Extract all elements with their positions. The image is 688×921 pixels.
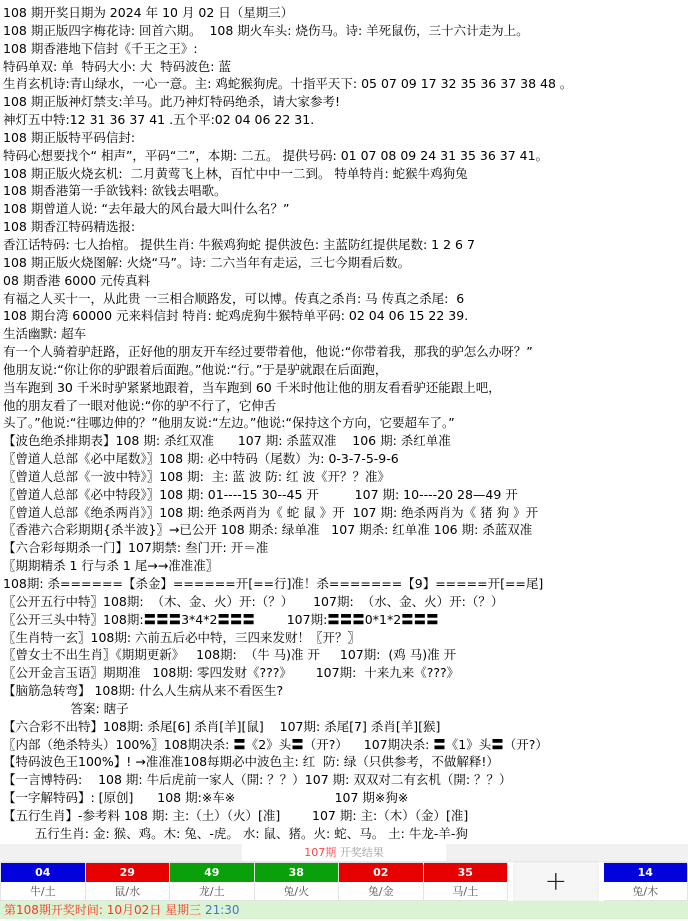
result-ball-cell: 04牛/土 — [0, 862, 86, 901]
text-line: 〖曾道人总部《必中尾数》〗108 期: 必中特码（尾数）为: 0-3-7-5-9… — [3, 450, 688, 468]
text-line: 特码单双: 单 特码大小: 大 特码波色: 蓝 — [3, 58, 688, 76]
tips-text-block: 108 期开奖日期为 2024 年 10 月 02 日（星期三）108 期正版四… — [0, 0, 688, 844]
text-line: 08 期香港 6000 元传真料 — [3, 272, 688, 290]
result-ball-cell: 49龙/土 — [170, 862, 255, 901]
text-line: 〖内部（绝杀特头）100%〗108期决杀: 〓《2》头〓（开?） 107期决杀:… — [3, 736, 688, 754]
text-line: 〖生肖特一玄〗108期: 六前五后必中特，三四来发财！〖开？〗 — [3, 629, 688, 647]
text-line: 特码心想要找个“ 相声”，平码“二”，本期: 二五。 提供号码: 01 07 0… — [3, 147, 688, 165]
text-line: 当车跑到 30 千米时驴紧紧地跟着，当车跑到 60 千米时他让他的朋友看看驴还能… — [3, 379, 688, 397]
text-line: 108 期香港地下信封《千王之王》: — [3, 40, 688, 58]
ball-zodiac-element: 龙/土 — [170, 882, 254, 901]
text-line: 〖公开五行中特〗108期: （木、金、火）开:（？） 107期: （水、金、火）… — [3, 593, 688, 611]
next-draw-time: 21:30 — [205, 903, 240, 917]
result-label: 开奖结果 — [336, 846, 384, 859]
ball-number: 04 — [1, 863, 85, 882]
ball-number: 35 — [424, 863, 508, 882]
ball-number: 29 — [86, 863, 170, 882]
ball-number: 14 — [604, 863, 688, 882]
text-line: 〖香港六合彩期期{杀半波}〗→已公开 108 期杀: 绿单准 107 期杀: 红… — [3, 521, 688, 539]
text-line: 〖公开金言玉语〗期期准 108期: 零四发财《???》 107期: 十来九来《?… — [3, 664, 688, 682]
text-line: 108 期台湾 60000 元来料信封 特肖: 蛇鸡虎狗牛猴特单平码: 02 0… — [3, 307, 688, 325]
text-line: 有一个人骑着驴赶路，正好他的朋友开车经过要带着他，他说:“你带着我，那我的驴怎么… — [3, 343, 688, 361]
ball-zodiac-element: 鼠/水 — [86, 882, 170, 901]
text-line: 108 期正版神灯禁支:羊马。此乃神灯特码绝杀，请大家参考! — [3, 93, 688, 111]
result-ball-cell: 02兔/金 — [339, 862, 424, 901]
text-line: 108 期曾道人说: “去年最大的风台最大叫什么名？” — [3, 200, 688, 218]
text-line: 108 期开奖日期为 2024 年 10 月 02 日（星期三） — [3, 4, 688, 22]
text-line: 〖公开三头中特〗108期:〓〓〓3*4*2〓〓〓 107期:〓〓〓0*1*2〓〓… — [3, 611, 688, 629]
text-line: 【一字解特码】: [原创] 108 期:※车※ 107 期※狗※ — [3, 789, 688, 807]
text-line: 〖曾道人总部《必中特段》〗108 期: 01----15 30--45 开 10… — [3, 486, 688, 504]
text-line: 108期: 杀======【杀金】======开[==行]准！杀=======【… — [3, 575, 688, 593]
result-header-tab[interactable]: 107期 开奖结果 — [242, 844, 446, 861]
text-line: 有福之人买十一，从此贵 一三相合顺路发，可以博。传真之杀肖: 马 传真之杀尾: … — [3, 290, 688, 308]
ball-zodiac-element: 兔/木 — [604, 882, 688, 901]
text-line: 生活幽默: 超车 — [3, 325, 688, 343]
result-balls-row: 04牛/土29鼠/水49龙/土38兔/火02兔/金35马/土+14兔/木 — [0, 862, 688, 901]
result-ball-cell: 29鼠/水 — [86, 862, 171, 901]
text-line: 108 期正版火烧图解: 火烧“马”。诗: 二六当年有走运，三七今期看后数。 — [3, 254, 688, 272]
result-ball-cell: 38兔/火 — [255, 862, 340, 901]
ball-zodiac-element: 牛/土 — [1, 882, 85, 901]
ball-number: 38 — [255, 863, 339, 882]
result-ball-cell: 35马/土 — [424, 862, 509, 901]
ball-number: 49 — [170, 863, 254, 882]
text-line: 生肖玄机诗:青山绿水，一心一意。主: 鸡蛇猴狗虎。十指平天下: 05 07 09… — [3, 75, 688, 93]
text-line: 108 期香江特码精选报: — [3, 218, 688, 236]
draw-result-header: 107期 开奖结果 — [0, 844, 688, 862]
text-line: 【六合彩每期杀一门】107期禁: 叁门开: 开＝准 — [3, 539, 688, 557]
text-line: 他的朋友看了一眼对他说:“你的驴不行了，它伸舌 — [3, 397, 688, 415]
text-line: 头了。”他说:“往哪边伸的？”他朋友说:“左边。”他说:“保持这个方向，它要超车… — [3, 414, 688, 432]
text-line: 香江话特码: 七人抬棺。 提供生肖: 牛猴鸡狗蛇 提供波色: 主蓝防红提供尾数:… — [3, 236, 688, 254]
text-line: 〖曾道人总部《一波中特》〗108 期: 主: 蓝 波 防: 红 波《开？？准》 — [3, 468, 688, 486]
text-line: 108 期正版火烧玄机: 二月黄莺飞上林，百忙中中一二到。 特单特肖: 蛇猴牛鸡… — [3, 165, 688, 183]
text-line: 〖曾道人总部《绝杀两肖》〗108 期: 绝杀两肖为《 蛇 鼠 》开 107 期:… — [3, 504, 688, 522]
next-draw-text: 第108期开奖时间: 10月02日 星期三 — [4, 903, 205, 917]
text-line: 108 期正版特平码信封: — [3, 129, 688, 147]
text-line: 〖曾女士不出生肖〗《期期更新》 108期: （牛 马)准 开 107期: (鸡 … — [3, 646, 688, 664]
text-line: 【一言博特码: 108 期: 牛后虎前一家人（開: ？？）107 期: 双双对二… — [3, 771, 688, 789]
result-issue: 107期 — [304, 846, 336, 859]
text-line: 【五行生肖】-参考料 108 期: 主:（土）（火）[准] 107 期: 主:（… — [3, 807, 688, 825]
text-line: 108 期正版四字梅花诗: 回首六期。 108 期火车头: 烧伤马。诗: 羊死鼠… — [3, 22, 688, 40]
ball-zodiac-element: 马/土 — [424, 882, 508, 901]
text-line: 五行生肖: 金: 猴、鸡。木: 兔、-虎。 水: 鼠、猪。火: 蛇、马。 土: … — [3, 825, 688, 843]
text-line: 他朋友说:“你让你的驴跟着后面跑。”他说:“行。”于是驴就跟在后面跑， — [3, 361, 688, 379]
ball-number: 02 — [339, 863, 423, 882]
text-line: 答案: 瞎子 — [3, 700, 688, 718]
text-line: 【六合彩不出特】108期: 杀尾[6] 杀肖[羊][鼠] 107期: 杀尾[7]… — [3, 718, 688, 736]
ball-zodiac-element: 兔/火 — [255, 882, 339, 901]
ball-zodiac-element: 兔/金 — [339, 882, 423, 901]
text-line: 【特码波色王100%】! →准准准108每期必中波色主: 红 防: 绿（只供参考… — [3, 753, 688, 771]
lottery-info-page: 108 期开奖日期为 2024 年 10 月 02 日（星期三）108 期正版四… — [0, 0, 688, 921]
text-line: 108 期香港第一手欲钱料: 欲钱去唱歌。 — [3, 182, 688, 200]
text-line: 神灯五中特:12 31 36 37 41 .五个平:02 04 06 22 31… — [3, 111, 688, 129]
text-line: 【脑筋急转弯】 108期: 什么人生病从来不看医生? — [3, 682, 688, 700]
result-ball-cell: 14兔/木 — [604, 862, 688, 901]
text-line: 【波色绝杀排期表】108 期: 杀红双准 107 期: 杀蓝双准 106 期: … — [3, 432, 688, 450]
plus-separator-icon: + — [513, 862, 599, 901]
next-draw-bar: 第108期开奖时间: 10月02日 星期三 21:30 — [0, 901, 688, 919]
text-line: 〖期期精杀 1 行与杀 1 尾→→准准准〗 — [3, 557, 688, 575]
draw-result-widget: 107期 开奖结果 04牛/土29鼠/水49龙/土38兔/火02兔/金35马/土… — [0, 844, 688, 919]
